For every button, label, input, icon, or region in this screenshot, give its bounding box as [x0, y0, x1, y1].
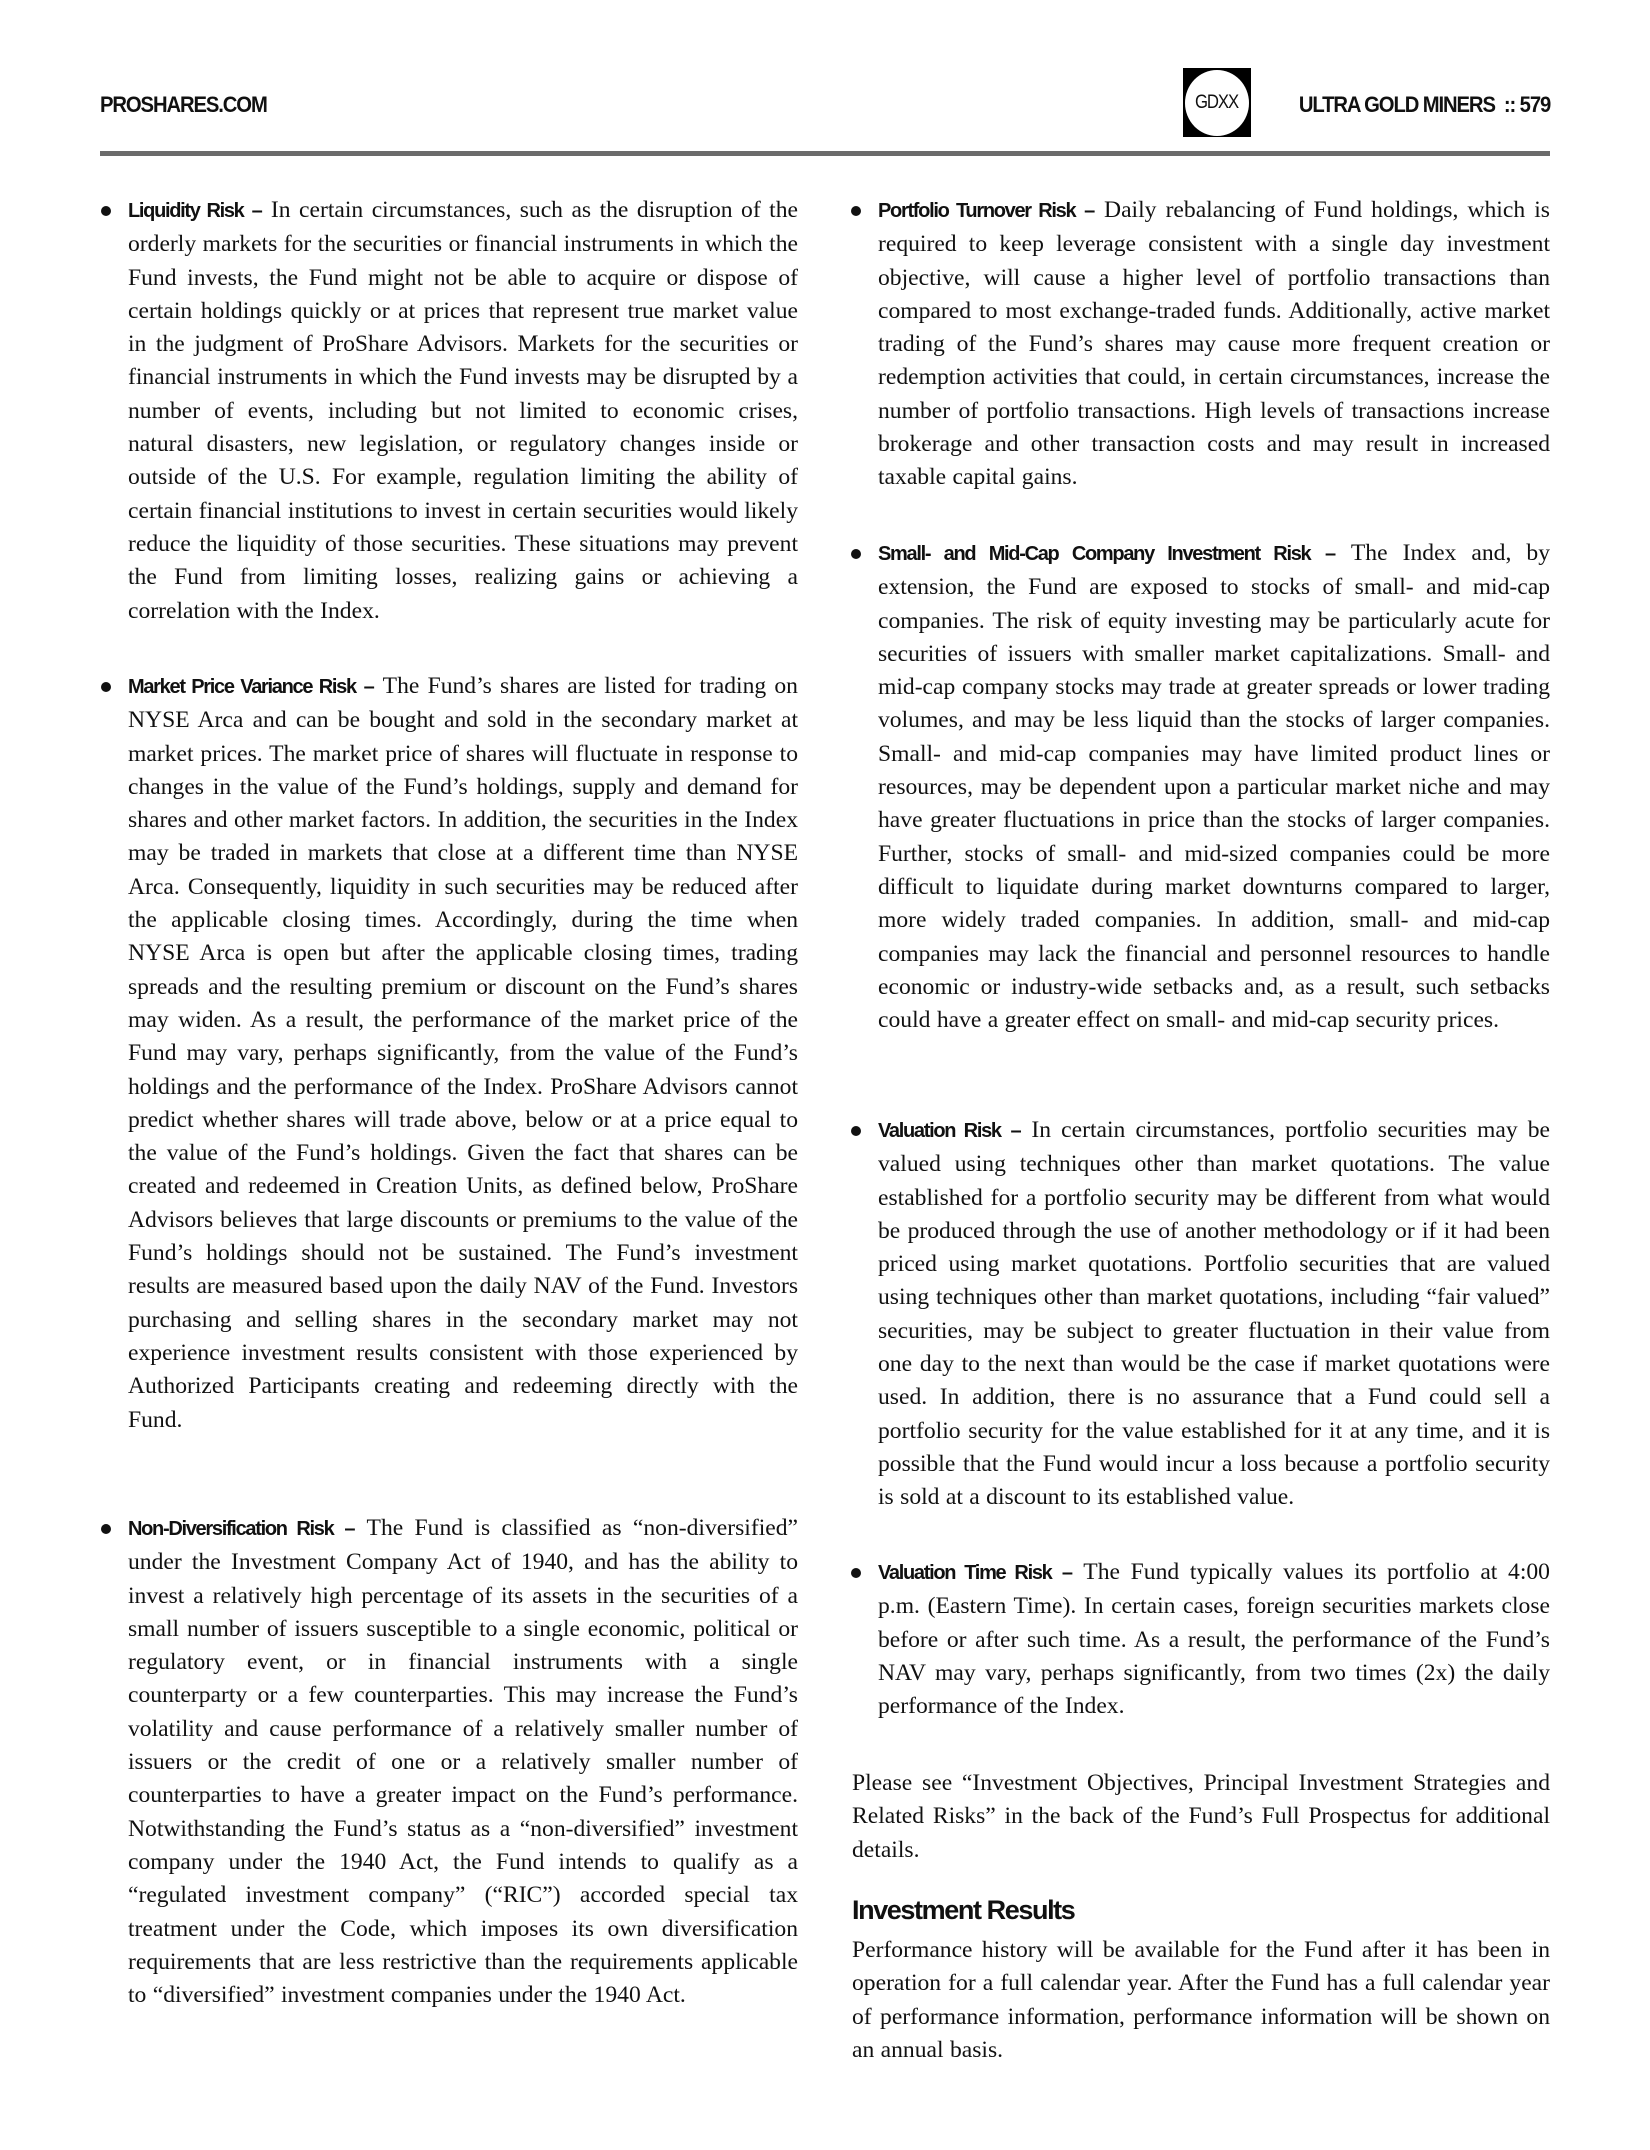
risk-item-valuation: Valuation Risk – In certain circumstance…	[878, 1114, 1550, 1515]
risk-text: The Fund’s shares are listed for trading…	[128, 673, 798, 1433]
bullet-icon	[851, 1126, 861, 1136]
see-also-paragraph: Please see “Investment Objectives, Princ…	[852, 1767, 1550, 1867]
risk-item-market-price-variance: Market Price Variance Risk – The Fund’s …	[128, 670, 798, 1437]
risk-label: Valuation Risk	[878, 1120, 1001, 1142]
risk-label: Non-Diversification Risk	[128, 1518, 333, 1540]
bullet-icon	[851, 549, 861, 559]
risk-dash: –	[1001, 1120, 1032, 1142]
risk-text: In certain circumstances, such as the di…	[128, 197, 798, 624]
risk-text: The Index and, by extension, the Fund ar…	[878, 540, 1550, 1033]
risk-item-small-mid-cap: Small- and Mid-Cap Company Investment Ri…	[878, 537, 1550, 1037]
ticker-logo: GDXX	[1183, 68, 1251, 137]
bullet-icon	[101, 682, 111, 692]
risk-label: Valuation Time Risk	[878, 1562, 1051, 1584]
site-url: PROSHARES.COM	[100, 92, 267, 118]
risk-dash: –	[1051, 1562, 1083, 1584]
bullet-icon	[101, 1524, 111, 1534]
risk-dash: –	[244, 200, 271, 222]
risk-item-liquidity: Liquidity Risk – In certain circumstance…	[128, 194, 798, 628]
risk-label: Small- and Mid-Cap Company Investment Ri…	[878, 543, 1310, 565]
risk-dash: –	[356, 676, 383, 698]
risk-text: The Fund is classified as “non-diversifi…	[128, 1515, 798, 2008]
risk-dash: –	[1310, 543, 1351, 565]
page-header-title: ULTRA GOLD MINERS :: 579	[1299, 92, 1550, 118]
risk-dash: –	[1075, 200, 1104, 222]
risk-text: In certain circumstances, portfolio secu…	[878, 1117, 1550, 1510]
section-heading-investment-results: Investment Results	[852, 1895, 1074, 1926]
risk-dash: –	[333, 1518, 366, 1540]
risk-item-portfolio-turnover: Portfolio Turnover Risk – Daily rebalanc…	[878, 194, 1550, 495]
risk-label: Liquidity Risk	[128, 200, 244, 222]
bullet-icon	[851, 206, 861, 216]
risk-item-valuation-time: Valuation Time Risk – The Fund typically…	[878, 1556, 1550, 1723]
risk-text: Daily rebalancing of Fund holdings, whic…	[878, 197, 1550, 490]
risk-item-non-diversification: Non-Diversification Risk – The Fund is c…	[128, 1512, 798, 2012]
risk-label: Market Price Variance Risk	[128, 676, 356, 698]
header-rule	[100, 151, 1550, 156]
investment-results-paragraph: Performance history will be available fo…	[852, 1934, 1550, 2067]
ticker-logo-circle: GDXX	[1185, 70, 1249, 136]
risk-label: Portfolio Turnover Risk	[878, 200, 1075, 222]
bullet-icon	[101, 206, 111, 216]
ticker-symbol: GDXX	[1195, 92, 1238, 114]
bullet-icon	[851, 1568, 861, 1578]
